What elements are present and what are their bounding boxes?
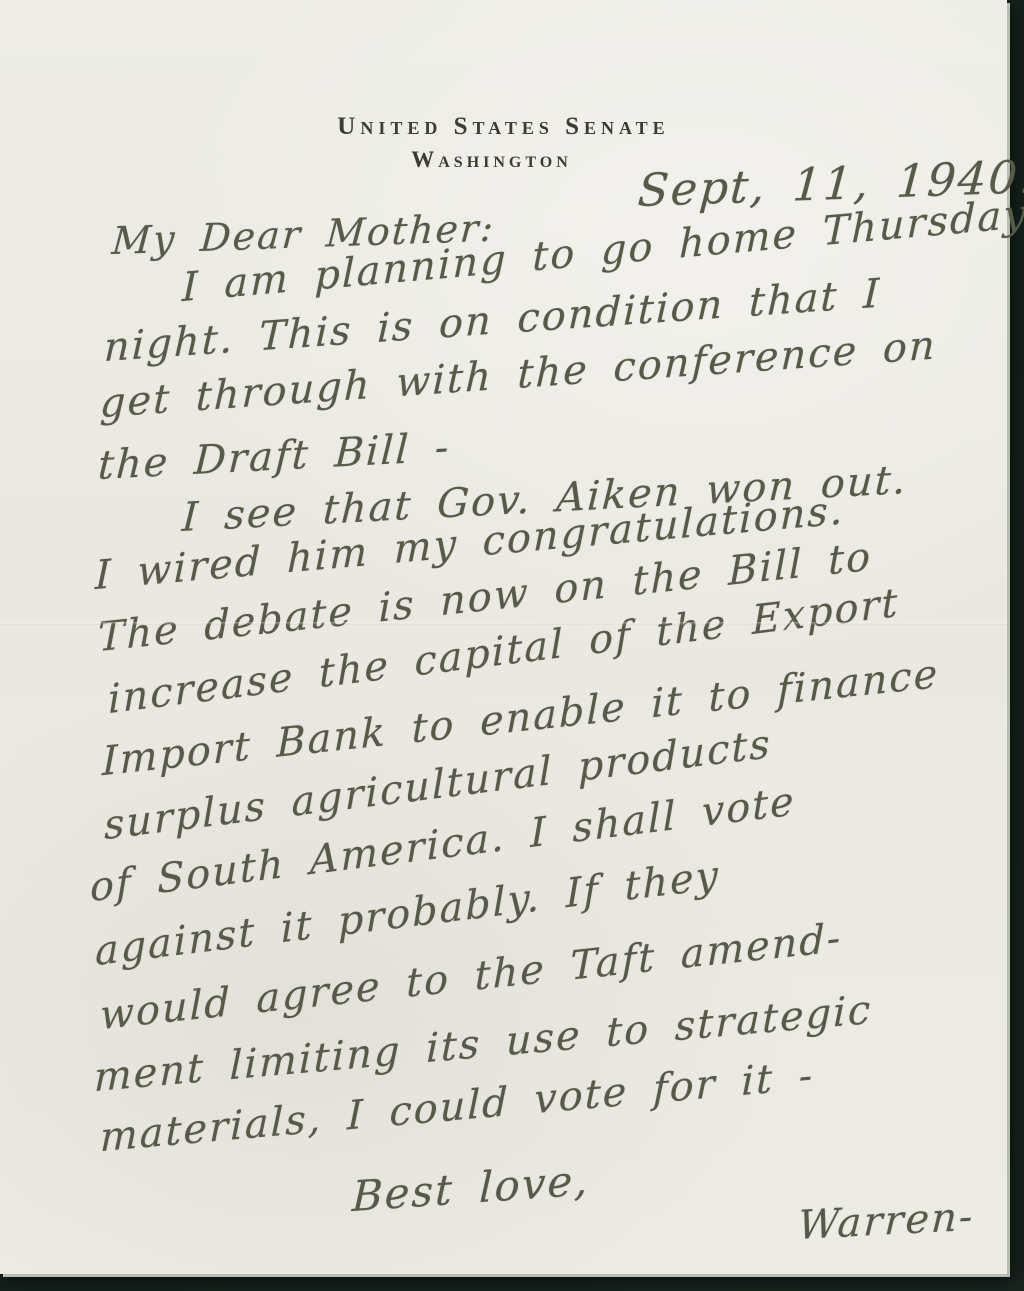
scan-background: United States Senate Washington Sept, 11… (0, 0, 1024, 1291)
letter-line: the Draft Bill - (97, 427, 451, 486)
fold-crease (0, 622, 1007, 625)
signature: Warren- (797, 1197, 976, 1246)
letterhead-organization: United States Senate (0, 114, 1007, 139)
closing: Best love, (351, 1159, 590, 1218)
letter-paper: United States Senate Washington Sept, 11… (0, 0, 1007, 1274)
